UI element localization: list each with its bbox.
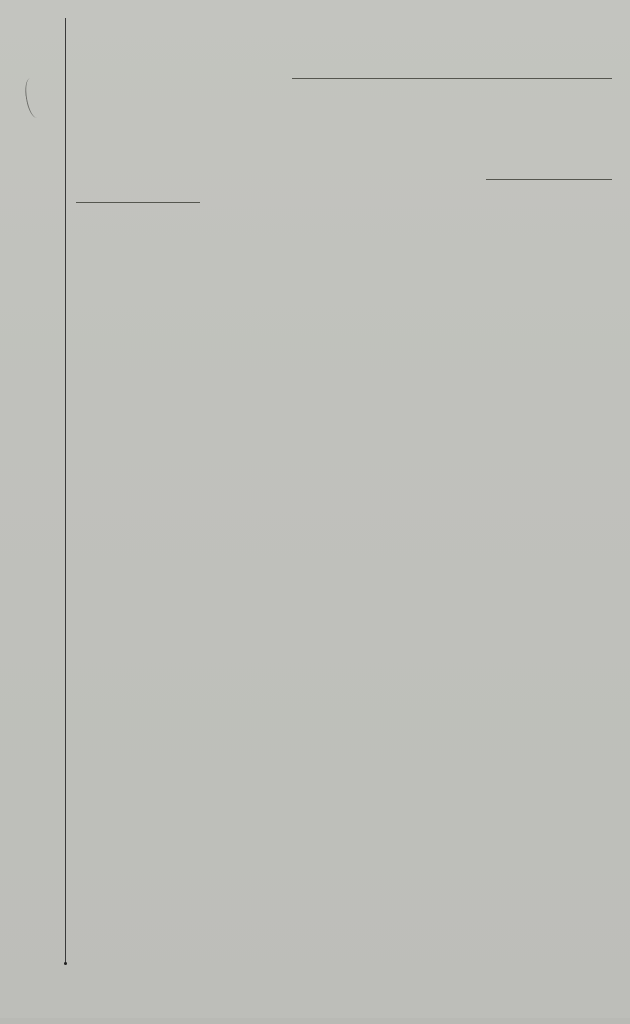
act-number-flourish: [23, 77, 45, 119]
margin-rule-end: [64, 962, 67, 965]
bride-name-underline-2: [76, 202, 200, 203]
certificate-page: [0, 0, 630, 1018]
bride-name-underline-1: [486, 179, 612, 180]
groom-name-underline: [292, 78, 612, 79]
margin-rule: [65, 18, 66, 963]
